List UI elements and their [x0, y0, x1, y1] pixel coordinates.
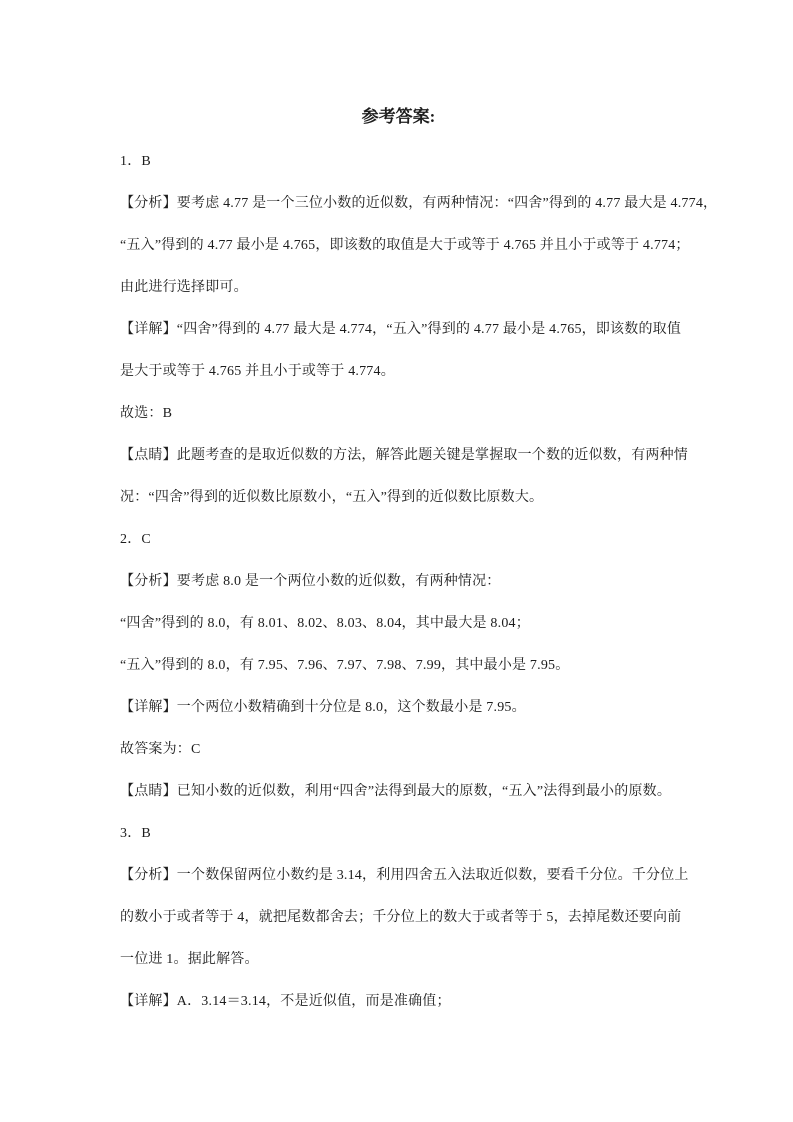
text-line: 由此进行选择即可。: [120, 267, 677, 309]
document-page: 参考答案: 1．B 【分析】要考虑 4.77 是一个三位小数的近似数，有两种情况…: [0, 0, 793, 1122]
text-line: 的数小于或者等于 4，就把尾数都舍去；千分位上的数大于或者等于 5，去掉尾数还要…: [120, 897, 677, 939]
text-line: “五入”得到的 4.77 最小是 4.765，即该数的取值是大于或等于 4.76…: [120, 225, 677, 267]
text-line: 故选：B: [120, 393, 677, 435]
text-line: 是大于或等于 4.765 并且小于或等于 4.774。: [120, 351, 677, 393]
text-line: 【点睛】此题考查的是取近似数的方法，解答此题关键是掌握取一个数的近似数，有两种情: [120, 435, 677, 477]
text-line-answer-1: 1．B: [120, 141, 677, 183]
text-line: 【点睛】已知小数的近似数，利用“四舍”法得到最大的原数，“五入”法得到最小的原数…: [120, 771, 677, 813]
text-line-answer-3: 3．B: [120, 813, 677, 855]
text-line: 况：“四舍”得到的近似数比原数小，“五入”得到的近似数比原数大。: [120, 477, 677, 519]
text-line: 【分析】一个数保留两位小数约是 3.14，利用四舍五入法取近似数，要看千分位。千…: [120, 855, 677, 897]
text-line: 一位进 1。据此解答。: [120, 939, 677, 981]
text-line: 【分析】要考虑 8.0 是一个两位小数的近似数，有两种情况：: [120, 561, 677, 603]
text-line: 故答案为：C: [120, 729, 677, 771]
text-line: “五入”得到的 8.0，有 7.95、7.96、7.97、7.98、7.99，其…: [120, 645, 677, 687]
text-line: 【分析】要考虑 4.77 是一个三位小数的近似数，有两种情况：“四舍”得到的 4…: [120, 183, 677, 225]
document-content: 参考答案: 1．B 【分析】要考虑 4.77 是一个三位小数的近似数，有两种情况…: [120, 96, 677, 1023]
text-line: “四舍”得到的 8.0，有 8.01、8.02、8.03、8.04，其中最大是 …: [120, 603, 677, 645]
text-line-answer-2: 2．C: [120, 519, 677, 561]
text-line: 【详解】一个两位小数精确到十分位是 8.0，这个数最小是 7.95。: [120, 687, 677, 729]
text-line: 【详解】“四舍”得到的 4.77 最大是 4.774，“五入”得到的 4.77 …: [120, 309, 677, 351]
text-line: 【详解】A．3.14＝3.14，不是近似值，而是准确值；: [120, 981, 677, 1023]
page-title: 参考答案:: [120, 96, 677, 138]
